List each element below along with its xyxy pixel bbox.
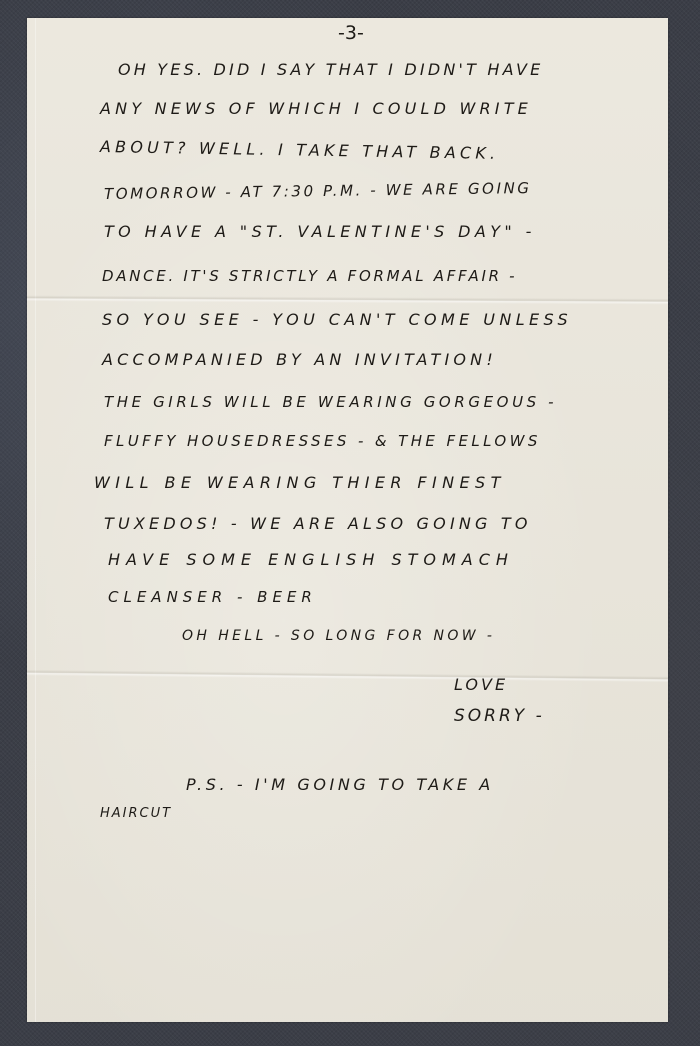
postscript-line: haircut: [100, 806, 172, 821]
signature: Sorry -: [454, 706, 545, 726]
letter-line: cleanser - beer: [108, 588, 317, 606]
letter-line: will be wearing thier finest: [94, 473, 506, 492]
paper-fold-crease: [27, 670, 668, 683]
letter-line: any news of which I could write: [100, 99, 532, 118]
letter-line: to have a "St. Valentine's Day" -: [104, 222, 536, 241]
paper-fold-crease: [27, 295, 668, 304]
postscript-line: P.S. - I'm going to take a: [186, 775, 494, 794]
letter-line: The girls will be wearing gorgeous -: [104, 393, 557, 411]
letter-line: Dance. It's strictly a formal affair -: [102, 267, 517, 285]
letter-line: accompanied by an invitation!: [102, 350, 497, 369]
letter-line: have some English stomach: [108, 550, 514, 569]
letter-line: fluffy housedresses - & the fellows: [104, 432, 541, 450]
letter-line: Oh yes. Did I say that I didn't have: [118, 60, 543, 79]
letter-line: Oh hell - so long for now -: [182, 628, 495, 644]
page-number: -3-: [338, 22, 364, 44]
closing-salutation: Love: [454, 675, 508, 694]
letter-line: tuxedos! - We are also going to: [104, 514, 532, 533]
letter-line: so you see - you can't come unless: [102, 310, 572, 329]
